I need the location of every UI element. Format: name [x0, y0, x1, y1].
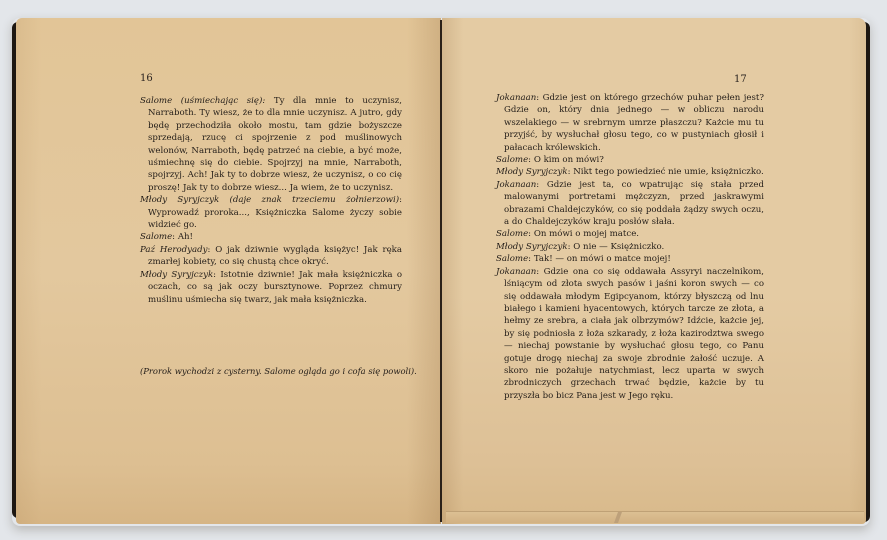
speech-text: Gdzie jest ta, co wpatrując się stała pr… [504, 180, 764, 227]
speech-text: O nie — Księżniczko. [573, 242, 664, 252]
speech: Jokanaan: Gdzie jest on którego grzechów… [496, 92, 764, 154]
speaker-name: Paź Herodyady [140, 245, 208, 255]
stage-direction-inline: (daje znak trzeciemu żołnierzowi) [229, 195, 399, 205]
speaker-name: Jokanaan [496, 180, 536, 190]
speaker-name: Jokanaan [496, 267, 536, 277]
speech: Salome: O kim on mówi? [496, 154, 764, 166]
speaker-name: Młody Syryjczyk [496, 167, 568, 177]
stage-direction-inline: (uśmiechając się) [181, 96, 263, 106]
speaker-name: Jokanaan [496, 93, 536, 103]
speech-text: O kim on mówi? [534, 155, 604, 165]
stage-direction: (Prorok wychodzi z cysterny. Salome oglą… [140, 366, 417, 376]
speech: Salome (uśmiechając się): Ty dla mnie to… [140, 95, 402, 194]
speaker-colon: : [262, 96, 265, 106]
speech: Salome: Ah! [140, 231, 402, 243]
speaker-name: Salome [140, 96, 172, 106]
speech: Jokanaan: Gdzie jest ta, co wpatrując si… [496, 179, 764, 229]
speaker-name: Młody Syryjczyk [140, 195, 219, 205]
speech: Paź Herodyady: O jak dziwnie wygląda ksi… [140, 244, 402, 269]
speech-text: Gdzie ona co się oddawała Assyryi naczel… [504, 267, 764, 401]
right-page: 17 Jokanaan: Gdzie jest on którego grzec… [442, 18, 866, 524]
speech: Młody Syryjczyk: Nikt tego powiedzieć ni… [496, 166, 764, 178]
speech-text: Gdzie jest on którego grzechów puhar peł… [504, 93, 764, 153]
page-tear [614, 512, 622, 523]
speech: Młody Syryjczyk: Istotnie dziwnie! Jak m… [140, 269, 402, 306]
speaker-name: Salome [496, 155, 528, 165]
speech: Salome: Tak! — on mówi o matce mojej! [496, 253, 764, 265]
page-number-right: 17 [734, 74, 747, 85]
speech-text: On mówi o mojej matce. [534, 229, 639, 239]
page-number-left: 16 [140, 73, 153, 84]
speaker-name: Salome [496, 254, 528, 264]
speaker-name: Salome [140, 232, 172, 242]
speech-text: Ah! [178, 232, 193, 242]
speaker-name: Młody Syryjczyk [140, 270, 213, 280]
speech-text: Tak! — on mówi o matce mojej! [534, 254, 671, 264]
speech: Salome: On mówi o mojej matce. [496, 228, 764, 240]
speaker-name: Salome [496, 229, 528, 239]
folded-page-edge [446, 511, 864, 523]
speech-text: Wyprowadź proroka..., Księżniczka Salome… [148, 208, 402, 230]
speech: Młody Syryjczyk (daje znak trzeciemu żoł… [140, 194, 402, 231]
left-page: 16 Salome (uśmiechając się): Ty dla mnie… [16, 18, 441, 524]
speech: Młody Syryjczyk: O nie — Księżniczko. [496, 241, 764, 253]
right-page-dialogue: Jokanaan: Gdzie jest on którego grzechów… [496, 92, 764, 402]
speaker-name: Młody Syryjczyk [496, 242, 568, 252]
speech-text: Nikt tego powiedzieć nie umie, księżnicz… [573, 167, 764, 177]
left-page-dialogue: Salome (uśmiechając się): Ty dla mnie to… [140, 95, 402, 306]
speech: Jokanaan: Gdzie ona co się oddawała Assy… [496, 266, 764, 402]
speech-text: Ty dla mnie to uczynisz, Narraboth. Ty w… [148, 96, 402, 193]
